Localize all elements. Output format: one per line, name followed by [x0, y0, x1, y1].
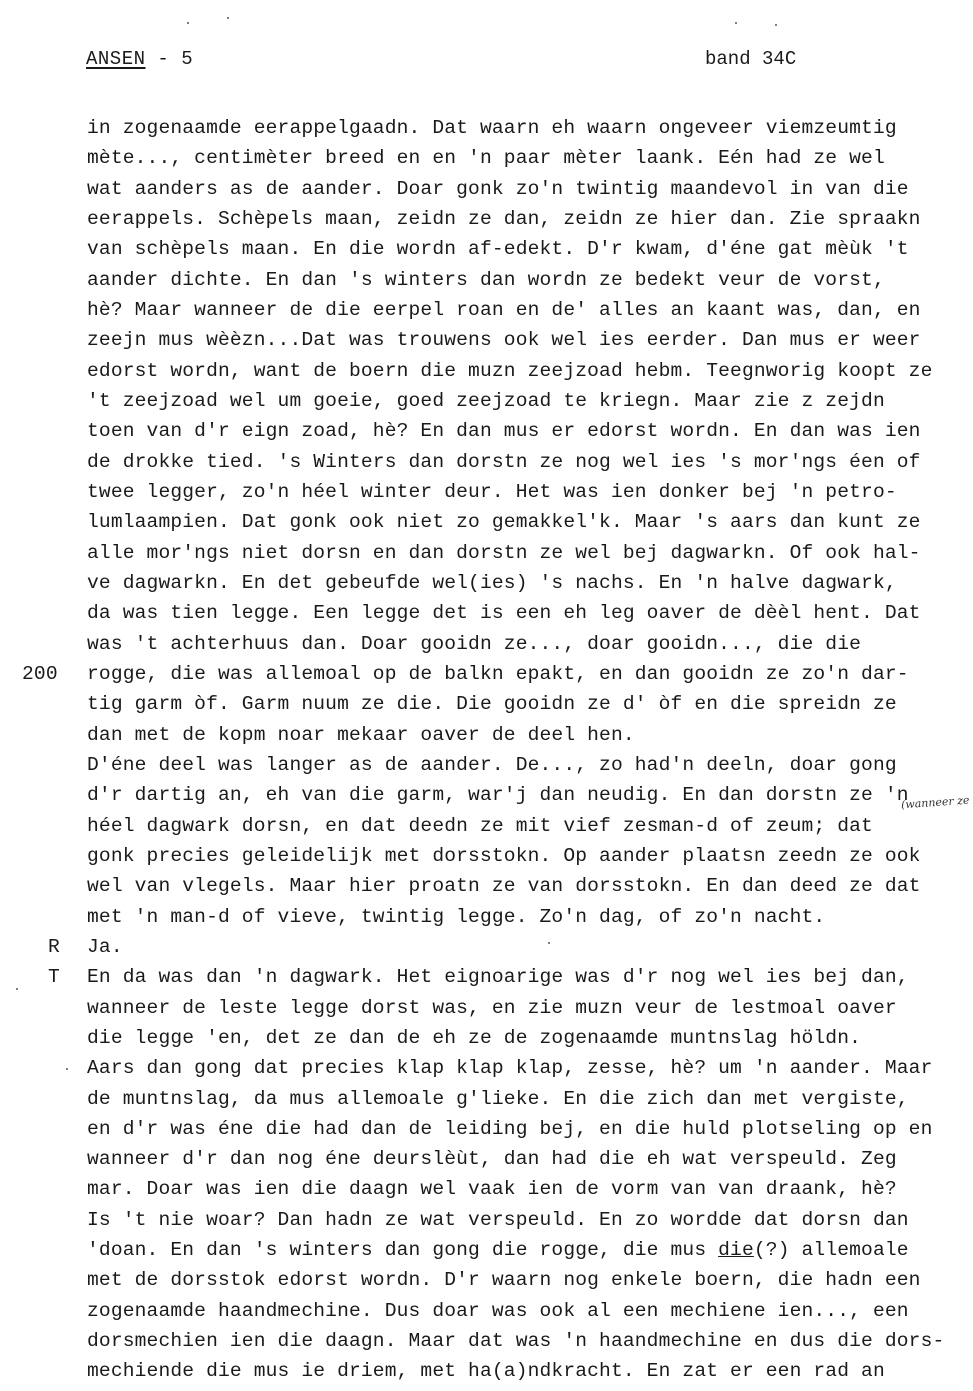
line-text: tig garm òf. Garm nuum ze die. Die gooid…: [87, 689, 897, 719]
scan-speck: [735, 22, 737, 24]
transcript-line: toen van d'r eign zoad, hè? En dan mus e…: [0, 416, 973, 446]
transcript-line: met 'n man-d of vieve, twintig legge. Zo…: [0, 902, 973, 932]
transcript-line: mète..., centimèter breed en en 'n paar …: [0, 143, 973, 173]
transcript-line: mar. Doar was ien die daagn wel vaak ien…: [0, 1174, 973, 1204]
line-text: eerappels. Schèpels maan, zeidn ze dan, …: [87, 204, 921, 234]
transcript-line: 't zeejzoad wel um goeie, goed zeejzoad …: [0, 386, 973, 416]
transcript-line: da was tien legge. Een legge det is een …: [0, 598, 973, 628]
line-text: hè? Maar wanneer de die eerpel roan en d…: [87, 295, 921, 325]
transcript-line: eerappels. Schèpels maan, zeidn ze dan, …: [0, 204, 973, 234]
line-text: 'doan. En dan 's winters dan gong die ro…: [87, 1235, 909, 1265]
transcript-line: alle mor'ngs niet dorsn en dan dorstn ze…: [0, 538, 973, 568]
line-text: héel dagwark dorsn, en dat deedn ze mit …: [87, 811, 873, 841]
transcript-line: aander dichte. En dan 's winters dan wor…: [0, 265, 973, 295]
line-text: toen van d'r eign zoad, hè? En dan mus e…: [87, 416, 921, 446]
line-text: wanneer de leste legge dorst was, en zie…: [87, 993, 897, 1023]
line-text-segment: (?) allemoale: [754, 1239, 909, 1261]
transcript-line: d'r dartig an, eh van die garm, war'j da…: [0, 780, 973, 810]
line-text: aander dichte. En dan 's winters dan wor…: [87, 265, 885, 295]
transcript-line: dan met de kopm noar mekaar oaver de dee…: [0, 720, 973, 750]
transcript-line: wanneer de leste legge dorst was, en zie…: [0, 993, 973, 1023]
transcript-line: wel van vlegels. Maar hier proatn ze van…: [0, 871, 973, 901]
transcript-line: edorst wordn, want de boern die muzn zee…: [0, 356, 973, 386]
line-text: van schèpels maan. En die wordn af-edekt…: [87, 234, 909, 264]
line-text: was 't achterhuus dan. Doar gooidn ze...…: [87, 629, 861, 659]
line-text: zeejn mus wèèzn...Dat was trouwens ook w…: [87, 325, 921, 355]
transcript-line: en d'r was éne die had dan de leiding be…: [0, 1114, 973, 1144]
line-text: de muntnslag, da mus allemoale g'lieke. …: [87, 1084, 909, 1114]
transcript-line: Aars dan gong dat precies klap klap klap…: [0, 1053, 973, 1083]
transcript-line: in zogenaamde eerappelgaadn. Dat waarn e…: [0, 113, 973, 143]
transcript-line: de drokke tied. 's Winters dan dorstn ze…: [0, 447, 973, 477]
transcript-line: ve dagwarkn. En det gebeufde wel(ies) 's…: [0, 568, 973, 598]
line-text: Ja.: [87, 932, 123, 962]
line-text: d'r dartig an, eh van die garm, war'j da…: [87, 780, 909, 810]
tape-reference: band 34C: [705, 48, 796, 70]
transcript-line: lumlaampien. Dat gonk ook niet zo gemakk…: [0, 507, 973, 537]
line-text: met 'n man-d of vieve, twintig legge. Zo…: [87, 902, 825, 932]
transcript-line: dorsmechien ien die daagn. Maar dat was …: [0, 1326, 973, 1356]
line-number: 200: [22, 659, 82, 689]
line-text: Aars dan gong dat precies klap klap klap…: [87, 1053, 932, 1083]
transcript-line: tig garm òf. Garm nuum ze die. Die gooid…: [0, 689, 973, 719]
transcript-body: in zogenaamde eerappelgaadn. Dat waarn e…: [0, 113, 973, 1387]
transcript-line: mechiende die mus ie driem, met ha(a)ndk…: [0, 1356, 973, 1386]
header-name: ANSEN: [86, 48, 146, 70]
line-text: ve dagwarkn. En det gebeufde wel(ies) 's…: [87, 568, 897, 598]
scan-speck: [16, 988, 18, 990]
line-text: alle mor'ngs niet dorsn en dan dorstn ze…: [87, 538, 921, 568]
transcript-line: met de dorsstok edorst wordn. D'r waarn …: [0, 1265, 973, 1295]
transcript-line: de muntnslag, da mus allemoale g'lieke. …: [0, 1084, 973, 1114]
transcript-line: D'éne deel was langer as de aander. De..…: [0, 750, 973, 780]
line-text-segment: 'doan. En dan 's winters dan gong die ro…: [87, 1239, 718, 1261]
line-text: wat aanders as de aander. Doar gonk zo'n…: [87, 174, 909, 204]
line-text: Is 't nie woar? Dan hadn ze wat verspeul…: [87, 1205, 909, 1235]
transcript-line: twee legger, zo'n héel winter deur. Het …: [0, 477, 973, 507]
line-text: lumlaampien. Dat gonk ook niet zo gemakk…: [87, 507, 921, 537]
line-text: mar. Doar was ien die daagn wel vaak ien…: [87, 1174, 897, 1204]
line-text: edorst wordn, want de boern die muzn zee…: [87, 356, 932, 386]
transcript-line: Is 't nie woar? Dan hadn ze wat verspeul…: [0, 1205, 973, 1235]
transcript-line: was 't achterhuus dan. Doar gooidn ze...…: [0, 629, 973, 659]
line-text: in zogenaamde eerappelgaadn. Dat waarn e…: [87, 113, 897, 143]
transcript-line: 'doan. En dan 's winters dan gong die ro…: [0, 1235, 973, 1265]
line-text: met de dorsstok edorst wordn. D'r waarn …: [87, 1265, 921, 1295]
transcript-line: zogenaamde haandmechine. Dus doar was oo…: [0, 1296, 973, 1326]
scan-speck: [187, 22, 189, 24]
line-text: dan met de kopm noar mekaar oaver de dee…: [87, 720, 635, 750]
underlined-word: die: [718, 1239, 754, 1261]
line-text: 't zeejzoad wel um goeie, goed zeejzoad …: [87, 386, 885, 416]
transcript-line: wanneer d'r dan nog éne deurslèùt, dan h…: [0, 1144, 973, 1174]
line-text: mète..., centimèter breed en en 'n paar …: [87, 143, 885, 173]
transcript-line: RJa.: [0, 932, 973, 962]
line-text: En da was dan 'n dagwark. Het eignoarige…: [87, 962, 909, 992]
line-text: en d'r was éne die had dan de leiding be…: [87, 1114, 932, 1144]
transcript-line: die legge 'en, det ze dan de eh ze de zo…: [0, 1023, 973, 1053]
line-text: gonk precies geleidelijk met dorsstokn. …: [87, 841, 921, 871]
scan-speck: [775, 24, 777, 26]
scan-speck: [548, 942, 550, 944]
page-header-title: ANSEN - 5: [86, 48, 193, 70]
transcript-line: wat aanders as de aander. Doar gonk zo'n…: [0, 174, 973, 204]
line-text: wanneer d'r dan nog éne deurslèùt, dan h…: [87, 1144, 897, 1174]
header-page-number: - 5: [146, 48, 194, 70]
scan-speck: [66, 1068, 68, 1070]
line-text: mechiende die mus ie driem, met ha(a)ndk…: [87, 1356, 885, 1386]
transcript-line: hè? Maar wanneer de die eerpel roan en d…: [0, 295, 973, 325]
line-text: dorsmechien ien die daagn. Maar dat was …: [87, 1326, 944, 1356]
line-text: die legge 'en, det ze dan de eh ze de zo…: [87, 1023, 861, 1053]
line-text: D'éne deel was langer as de aander. De..…: [87, 750, 897, 780]
transcript-line: héel dagwark dorsn, en dat deedn ze mit …: [0, 811, 973, 841]
document-page: ANSEN - 5 band 34C in zogenaamde eerappe…: [0, 0, 973, 1391]
transcript-line: van schèpels maan. En die wordn af-edekt…: [0, 234, 973, 264]
scan-speck: [227, 17, 229, 19]
transcript-line: 200rogge, die was allemoal op de balkn e…: [0, 659, 973, 689]
line-text: rogge, die was allemoal op de balkn epak…: [87, 659, 909, 689]
transcript-line: TEn da was dan 'n dagwark. Het eignoarig…: [0, 962, 973, 992]
line-text: zogenaamde haandmechine. Dus doar was oo…: [87, 1296, 909, 1326]
line-text: da was tien legge. Een legge det is een …: [87, 598, 921, 628]
line-text: wel van vlegels. Maar hier proatn ze van…: [87, 871, 921, 901]
transcript-line: gonk precies geleidelijk met dorsstokn. …: [0, 841, 973, 871]
line-text: de drokke tied. 's Winters dan dorstn ze…: [87, 447, 921, 477]
transcript-line: zeejn mus wèèzn...Dat was trouwens ook w…: [0, 325, 973, 355]
line-text: twee legger, zo'n héel winter deur. Het …: [87, 477, 897, 507]
